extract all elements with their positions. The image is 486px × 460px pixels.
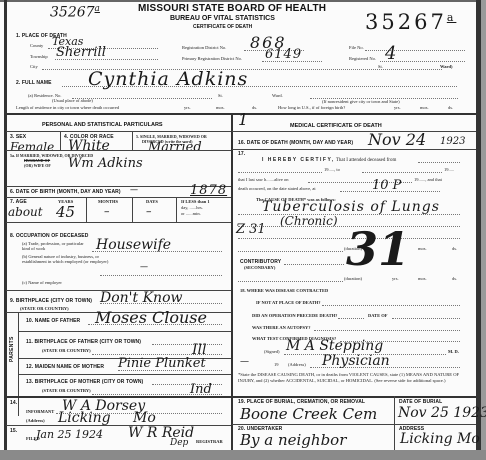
header-title: MISSOURI STATE BOARD OF HEALTH	[138, 3, 326, 14]
dod-label: 16. DATE OF DEATH (MONTH, DAY AND YEAR)	[238, 140, 353, 146]
county-label: County	[30, 43, 43, 48]
duration-value-large: 31	[346, 222, 410, 276]
if-not-place-label: IF NOT AT PLACE OF DEATH?	[256, 300, 320, 305]
sex-value: Female	[10, 140, 54, 154]
years-value: 45	[56, 203, 75, 221]
dob-label: 6. DATE OF BIRTH (MONTH, DAY AND YEAR)	[10, 189, 121, 195]
occupation-c-label: (c) Name of employer	[22, 280, 62, 285]
months-label: MONTHS	[98, 199, 118, 204]
days-value: –	[146, 205, 152, 218]
undertaker-address-value: Licking Mo	[400, 431, 480, 447]
informant-label: INFORMANT	[26, 409, 54, 414]
stamp-left-suffix: a	[95, 4, 100, 14]
dob-value: 1878	[190, 183, 227, 198]
duration2-ds-label: ds.	[452, 276, 457, 281]
us-yrs-label: yrs.	[394, 105, 401, 110]
column-divider	[231, 113, 233, 450]
duration2-yrs-label: yrs.	[392, 276, 399, 281]
days-label: DAYS	[146, 199, 158, 204]
less-than-label: If LESS than 1	[181, 199, 210, 204]
signed-value: M A Stepping	[286, 338, 383, 354]
date-of-label: DATE OF	[368, 313, 388, 318]
stamp-right-value: 35267	[365, 10, 447, 34]
duration2-mos-label: mos.	[418, 276, 427, 281]
occupation-b-label: (b) General nature of industry, business…	[22, 254, 112, 264]
signed-date-19: 19	[274, 362, 279, 367]
stamp-left-value: 35267	[50, 5, 95, 21]
border-left	[4, 0, 7, 450]
birthplace-label: 9. BIRTHPLACE (CITY OR TOWN)	[10, 298, 92, 304]
header-subtitle: BUREAU OF VITAL STATISTICS	[170, 15, 275, 22]
stamp-number-left: 35267a	[50, 4, 100, 21]
residence-st-label: St.	[218, 93, 223, 98]
secondary-label: (SECONDARY)	[244, 265, 275, 270]
occupation-a-label: (a) Trade, profession, or particular kin…	[22, 241, 92, 251]
informant-address-value: Licking Mo	[58, 410, 156, 426]
length-residence-label: Length of residence in city or town wher…	[16, 105, 119, 110]
form-name: CERTIFICATE OF DEATH	[193, 24, 252, 30]
registrar-dep: Dep	[170, 438, 188, 448]
undertaker-value: By a neighbor	[240, 431, 346, 449]
day-hrs-label: day, ......hrs.	[181, 205, 203, 210]
medical-section-title: MEDICAL CERTIFICATE OF DEATH	[290, 123, 382, 129]
how-long-us-label: How long in U.S., if of foreign birth?	[278, 105, 345, 110]
physician-address-label: (Address)	[288, 362, 306, 367]
birthplace-state-label: (STATE OR COUNTRY)	[20, 306, 69, 311]
informant-address-label: (Address)	[26, 418, 45, 423]
certify-line-3: that I last saw h.......alive on	[238, 177, 289, 182]
md-label: M. D.	[448, 349, 459, 354]
dob-dash: —	[130, 185, 138, 194]
where-contracted-label: 18. WHERE WAS DISEASE CONTRACTED	[240, 288, 328, 293]
death-certificate: 35267a MISSOURI STATE BOARD OF HEALTH BU…	[0, 0, 486, 460]
ward-label: Ward)	[440, 64, 453, 69]
city-label: City	[30, 64, 38, 69]
cause-code: Z 31	[236, 222, 266, 237]
filed-value: Jan 25 1924	[36, 428, 103, 441]
occupation-b-dash: —	[140, 262, 148, 271]
medical-marker: 1	[238, 110, 248, 129]
usual-place-note: (Usual place of abode)	[52, 98, 93, 103]
residence-mos-label: mos.	[216, 105, 225, 110]
township-label: Township	[30, 54, 48, 59]
time-of-death-value: 10 P	[372, 178, 401, 193]
border-bottom	[0, 450, 486, 460]
operation-label: DID AN OPERATION PRECEDE DEATH?	[252, 313, 337, 318]
reg-district-label: Registration District No.	[182, 45, 226, 50]
residence-ward-label: Ward.	[272, 93, 283, 98]
residence-ds-label: ds.	[252, 105, 257, 110]
border-top	[0, 0, 486, 2]
stamp-number-right: 35267a	[365, 10, 456, 34]
duration-ds-label: ds.	[452, 246, 457, 251]
personal-section-title: PERSONAL AND STATISTICAL PARTICULARS	[42, 122, 163, 128]
dod-value: Nov 24	[368, 130, 426, 149]
duration-label-2: (duration)	[344, 276, 362, 281]
parents-label: PARENTS	[9, 336, 15, 362]
certify-line-2: 19....., to	[324, 167, 340, 172]
us-ds-label: ds.	[448, 105, 453, 110]
primary-reg-value: 6149	[265, 47, 302, 62]
mother-label: 12. MAIDEN NAME OF MOTHER	[26, 364, 104, 370]
nonresident-note: (If nonresident give city or town and St…	[322, 99, 400, 104]
signed-label: (Signed)	[264, 349, 280, 354]
st-label: St.	[378, 64, 383, 69]
full-name-value: Cynthia Adkins	[88, 68, 248, 90]
informant-number: 14.	[10, 400, 17, 406]
border-right-shadow	[481, 0, 486, 460]
autopsy-label: WAS THERE AN AUTOPSY?	[252, 325, 310, 330]
registered-no-label: Registered No.	[349, 56, 376, 61]
or-min-label: or ......min.	[181, 211, 201, 216]
color-value: White	[68, 138, 110, 154]
signed-date-dash: —	[240, 357, 249, 367]
certify-line-3b: 19......, and that	[414, 177, 442, 182]
marital-value: Married	[148, 140, 202, 155]
mother-value: Pinie Plunket	[118, 356, 206, 371]
cause-value: Tuberculosis of Lungs	[262, 199, 440, 215]
dod-year: 1923	[440, 136, 465, 147]
registrar-label: REGISTRAR	[196, 439, 223, 444]
certify-line-2b: 19.....	[444, 167, 454, 172]
months-value: –	[104, 205, 110, 218]
burial-date-value: Nov 25 1923	[398, 405, 486, 421]
father-birthplace-label: 11. BIRTHPLACE OF FATHER (CITY OR TOWN)	[26, 339, 141, 345]
age-value: about	[8, 205, 43, 219]
us-mos-label: mos.	[420, 105, 429, 110]
spouse-value: Wm Adkins	[68, 156, 143, 171]
registered-no-value: 4	[385, 43, 396, 64]
footnote: *State the DISEASE CAUSING DEATH, or in …	[238, 372, 470, 384]
full-name-label: 2. FULL NAME	[16, 80, 52, 86]
filed-number: 15.	[10, 428, 17, 434]
certify-number: 17.	[238, 151, 245, 157]
township-value: Sherrill	[56, 45, 106, 60]
father-birthplace-state-label: (STATE OR COUNTRY)	[42, 348, 91, 353]
certify-text: I HEREBY CERTIFY, That I attended deceas…	[262, 157, 396, 163]
file-no-label: File No.	[349, 45, 364, 50]
burial-value: Boone Creek Cem	[240, 405, 377, 423]
father-label: 10. NAME OF FATHER	[26, 318, 80, 324]
residence-yrs-label: yrs.	[184, 105, 191, 110]
mother-birthplace-state-label: (STATE OR COUNTRY)	[42, 388, 91, 393]
stamp-right-suffix: a	[447, 11, 457, 24]
occupation-label: 8. OCCUPATION OF DECEASED	[10, 233, 88, 239]
spouse-label-3: (OR) WIFE OF	[24, 163, 51, 168]
primary-reg-label: Primary Registration District No.	[182, 56, 242, 61]
certify-line-4: death occurred, on the date stated above…	[238, 186, 316, 191]
duration-mos-label: mos.	[418, 246, 427, 251]
mother-birthplace-label: 13. BIRTHPLACE OF MOTHER (CITY OR TOWN)	[26, 379, 143, 385]
